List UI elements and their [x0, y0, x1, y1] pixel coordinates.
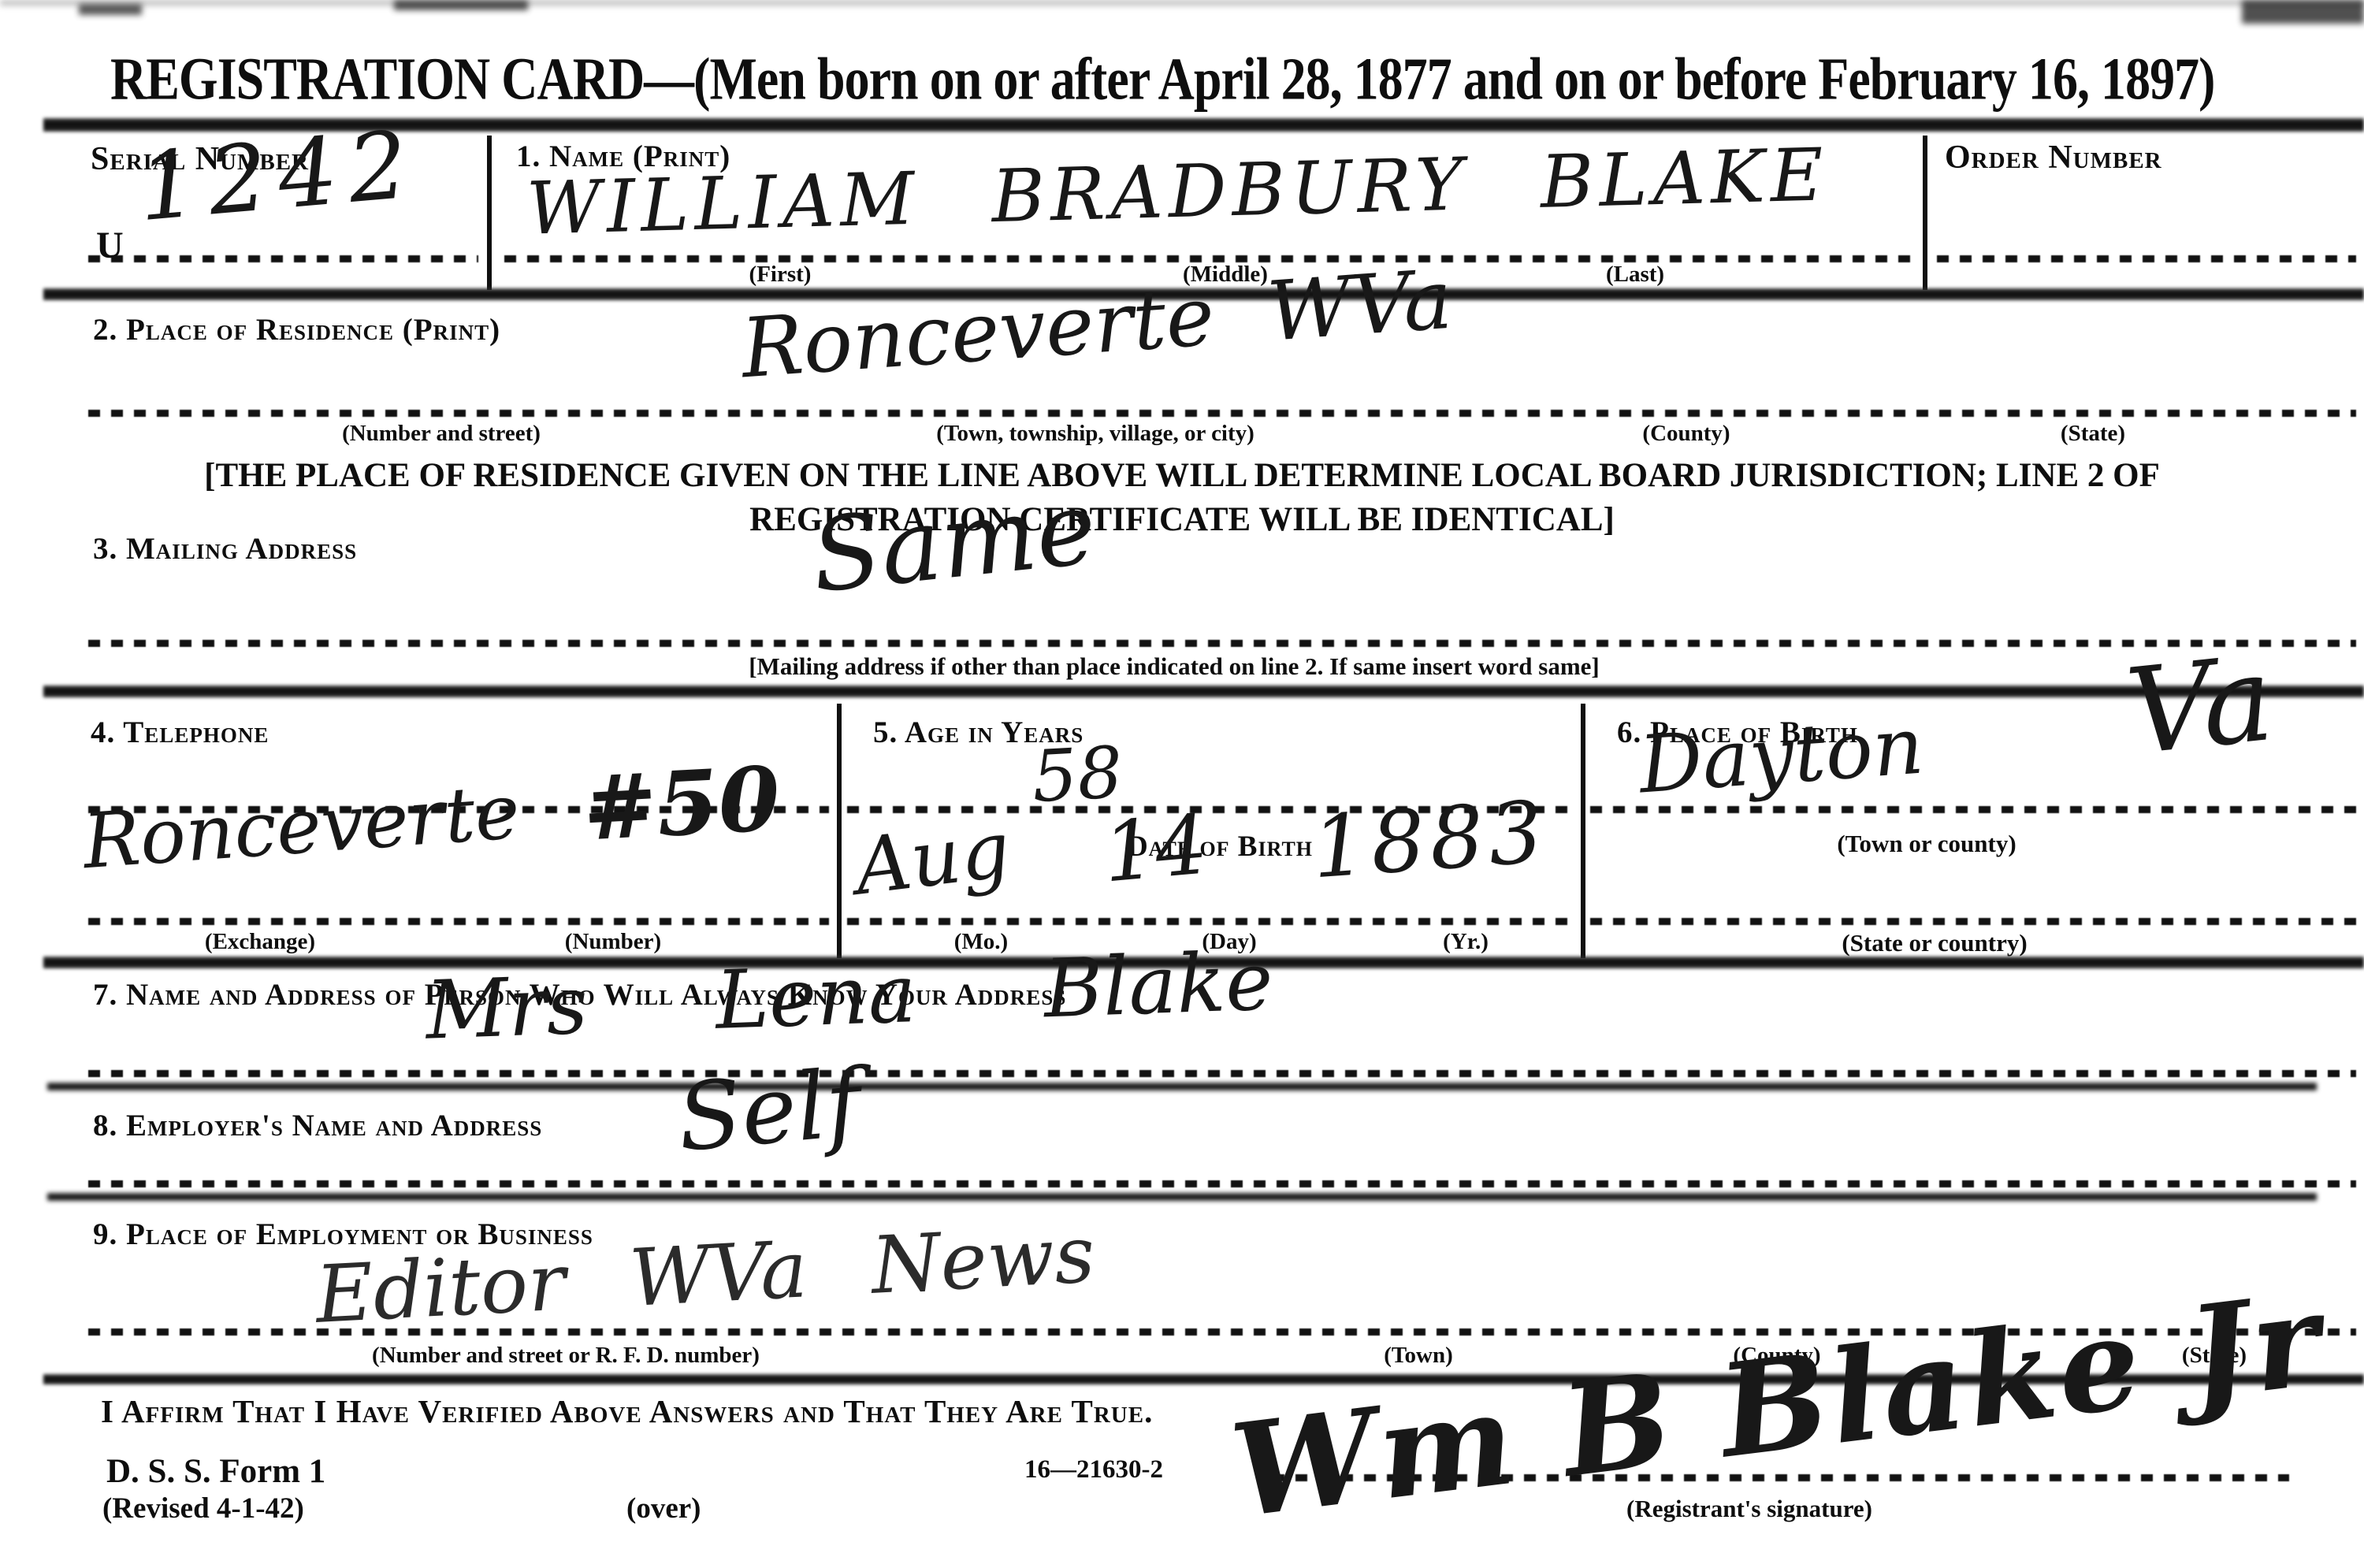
birth-town-value: Dayton: [1637, 707, 1926, 805]
telephone-number-sublabel: (Number): [565, 929, 661, 955]
card-title: REGISTRATION CARD—(Men born on or after …: [110, 44, 2214, 113]
mailing-dotted-line: [88, 640, 2356, 647]
dob-year-sublabel: (Yr.): [1443, 929, 1489, 955]
telephone-number-value: #50: [581, 756, 782, 854]
employer-label: 8. Employer's Name and Address: [93, 1108, 542, 1143]
registrant-signature-sublabel: (Registrant's signature): [1626, 1495, 1872, 1523]
scan-smudge-top: [0, 0, 2364, 6]
residence-state-sublabel: (State): [2061, 421, 2125, 447]
birth-state-sublabel: (State or country): [1842, 929, 2027, 957]
employment-town-sublabel: (Town): [1384, 1343, 1453, 1369]
divider-age-birth: [1581, 704, 1585, 958]
mailing-sublabel: [Mailing address if other than place ind…: [749, 652, 1600, 681]
order-number-label: Order Number: [1945, 139, 2162, 176]
birth-town-sublabel: (Town or county): [1837, 830, 2016, 858]
section-contact: 7. Name and Address of Person Who Will A…: [0, 971, 2364, 1102]
mailing-label: 3. Mailing Address: [93, 531, 357, 567]
telephone-label: 4. Telephone: [91, 715, 269, 750]
order-dotted-line: [1937, 255, 2356, 262]
birth-town-dotted-line: [1590, 806, 2356, 813]
form-revision: (Revised 4-1-42): [102, 1492, 304, 1525]
section-employer: 8. Employer's Name and Address Self: [0, 1102, 2364, 1213]
dob-dotted-line: [847, 918, 1572, 925]
scan-smudge-topcenter: [394, 0, 528, 10]
telephone-bottom-dotted-line: [88, 918, 829, 925]
scan-smudge-topright: [2242, 0, 2364, 24]
scan-smudge-topleft: [79, 4, 142, 15]
contact-smudge-rule: [47, 1083, 2317, 1091]
divider-serial-name: [487, 136, 492, 290]
over-note: (over): [626, 1492, 701, 1525]
employment-number-street-sublabel: (Number and street or R. F. D. number): [372, 1343, 760, 1369]
name-first-sublabel: (First): [749, 262, 812, 288]
employer-value: Self: [674, 1056, 864, 1165]
residence-dotted-line: [88, 410, 2356, 417]
dob-year-value: 1883: [1310, 790, 1551, 892]
section-telephone-age-birth: 4. Telephone Ronceverte #50 (Exchange) (…: [0, 704, 2364, 958]
registration-card-scan: { "header": { "title": "REGISTRATION CAR…: [0, 0, 2364, 1568]
contact-dotted-line: [88, 1070, 2356, 1077]
residence-town-sublabel: (Town, township, village, or city): [936, 421, 1254, 447]
telephone-exchange-value: Ronceverte: [80, 774, 522, 879]
section-footer: I Affirm That I Have Verified Above Answ…: [0, 1383, 2364, 1568]
name-dotted-line: [504, 255, 1911, 262]
age-value: 58: [1031, 738, 1124, 813]
employer-smudge-rule: [47, 1193, 2317, 1201]
telephone-exchange-sublabel: (Exchange): [205, 929, 315, 955]
serial-number-value: 1242: [135, 117, 422, 235]
dob-month-value: Aug: [851, 811, 1014, 906]
rule-under-mailing: [43, 686, 2364, 697]
residence-label: 2. Place of Residence (Print): [93, 312, 500, 347]
name-last-sublabel: (Last): [1606, 262, 1664, 288]
divider-name-order: [1923, 136, 1927, 290]
dob-day-value: 14: [1100, 803, 1211, 894]
employer-dotted-line: [88, 1180, 2356, 1187]
section-mailing: 3. Mailing Address Same [Mailing address…: [0, 520, 2364, 704]
divider-telephone-age: [837, 704, 842, 958]
section-residence: 2. Place of Residence (Print) Ronceverte…: [0, 303, 2364, 520]
serial-dotted-line: [88, 255, 478, 262]
print-code: 16—21630-2: [1024, 1455, 1163, 1484]
residence-number-street-sublabel: (Number and street): [342, 421, 541, 447]
birth-state-dotted-line: [1590, 918, 2356, 925]
residence-county-sublabel: (County): [1642, 421, 1730, 447]
section-serial-name-order: Serial Number U 1242 1. Name (Print) WIL…: [0, 136, 2364, 290]
birth-state-value: Va: [2122, 640, 2279, 772]
form-id: D. S. S. Form 1: [106, 1452, 325, 1491]
affirmation-text: I Affirm That I Have Verified Above Answ…: [101, 1392, 1153, 1430]
mailing-value: Same: [807, 477, 1101, 608]
